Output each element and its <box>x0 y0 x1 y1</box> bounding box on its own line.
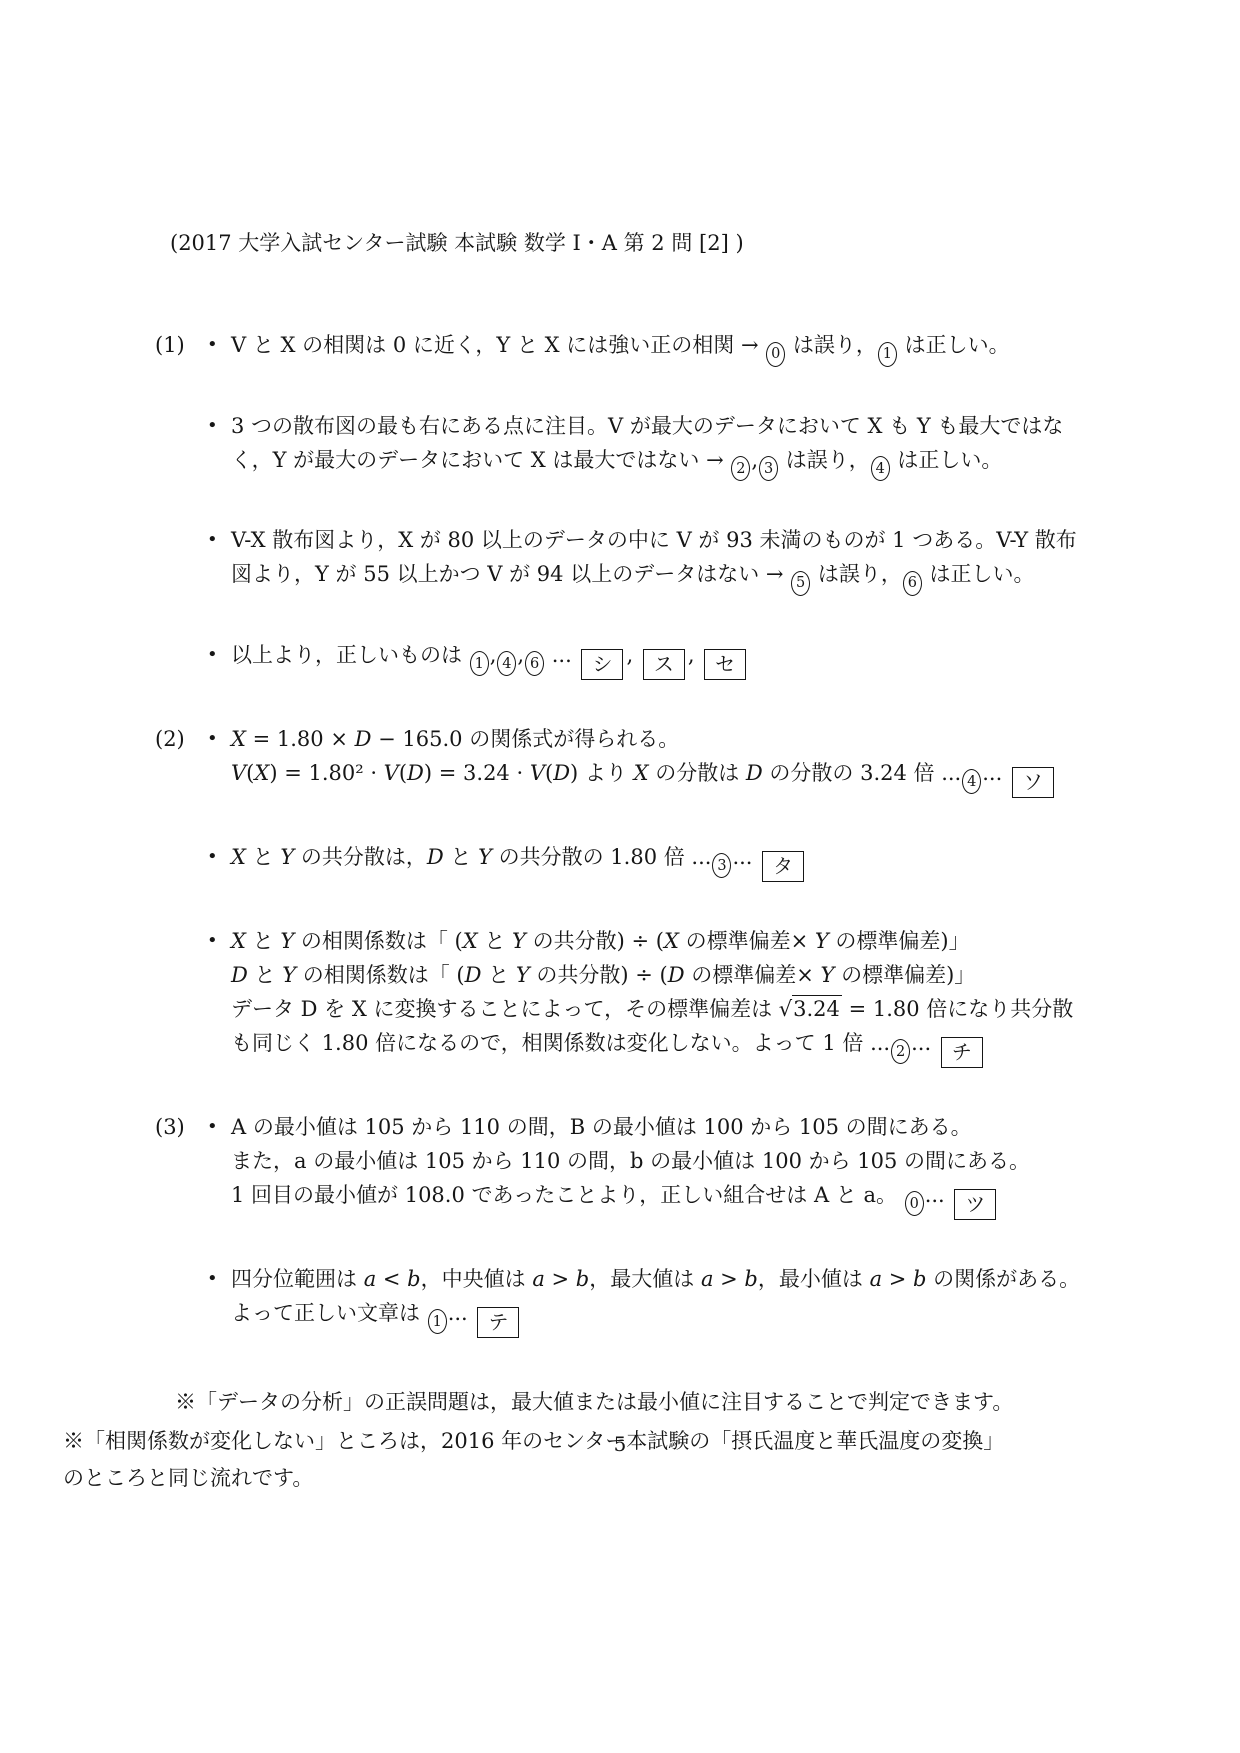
bullet-marker: • <box>207 328 231 367</box>
text-run: , <box>490 643 497 667</box>
bullet-marker: • <box>207 1262 231 1338</box>
text-run: の分散は <box>649 761 746 785</box>
math-run: b <box>576 1267 589 1291</box>
text-run: の共分散) ÷ ( <box>530 963 668 987</box>
bullet-item: • A の最小値は 105 から 110 の間，B の最小値は 100 から 1… <box>207 1110 1200 1220</box>
answer-box: ソ <box>1012 767 1054 798</box>
math-run: Y <box>280 845 294 869</box>
math-run: X <box>634 761 649 785</box>
document-title: (2017 大学入試センター試験 本試験 数学 I・A 第 2 問 [2] ) <box>170 228 1200 258</box>
circled-number: 6 <box>903 571 922 596</box>
circled-number: 6 <box>525 651 544 676</box>
text-run: と <box>444 845 478 869</box>
text-line: A の最小値は 105 から 110 の間，B の最小値は 100 から 105… <box>231 1110 1200 1144</box>
text-run: の共分散の 1.80 倍 ... <box>492 845 711 869</box>
math-run: X <box>231 929 246 953</box>
math-run: X <box>231 845 246 869</box>
math-run: Y <box>282 963 296 987</box>
text-run: よって正しい文章は <box>231 1301 427 1325</box>
section-label: (1) <box>155 328 207 722</box>
text-run: > <box>713 1267 744 1291</box>
math-run: X <box>231 727 246 751</box>
answer-box: ツ <box>954 1189 996 1220</box>
text-line: V-X 散布図より，X が 80 以上のデータの中に V が 93 未満のものが… <box>231 523 1200 557</box>
text-line: 3 つの散布図の最も右にある点に注目。V が最大のデータにおいて X も Y も… <box>231 409 1200 443</box>
text-run: V と X の相関は 0 に近く，Y と X には強い正の相関 → <box>231 333 765 357</box>
math-run: X <box>664 929 679 953</box>
circled-number: 4 <box>497 651 516 676</box>
bullet-marker: • <box>207 409 231 482</box>
text-line: データ D を X に変換することによって，その標準偏差は √3.24 = 1.… <box>231 992 1200 1026</box>
text-run: の分散の 3.24 倍 ... <box>763 761 962 785</box>
text-run: ) = 3.24 · <box>424 761 530 785</box>
text-line: 1 回目の最小値が 108.0 であったことより，正しい組合せは A と a。 … <box>231 1178 1200 1220</box>
text-run: は正しい。 <box>923 562 1035 586</box>
text-run: の相関係数は「 ( <box>294 929 463 953</box>
text-run: 四分位範囲は <box>231 1267 364 1291</box>
text-run: = 1.80 倍になり共分散 <box>842 997 1073 1021</box>
text-run: 3 つの散布図の最も右にある点に注目。V が最大のデータにおいて X も Y も… <box>231 414 1063 438</box>
sqrt-radical: √3.24 <box>779 995 842 1021</box>
text-run: の関係がある。 <box>927 1267 1081 1291</box>
bullet-lines: X と Y の相関係数は「 (X と Y の共分散) ÷ (X の標準偏差× Y… <box>231 924 1200 1068</box>
text-run: , <box>751 448 758 472</box>
text-run: ( <box>545 761 553 785</box>
math-run: b <box>913 1267 926 1291</box>
bullet-lines: 四分位範囲は a < b，中央値は a > b，最大値は a > b，最小値は … <box>231 1262 1200 1338</box>
text-line: 四分位範囲は a < b，中央値は a > b，最大値は a > b，最小値は … <box>231 1262 1200 1296</box>
text-run: の標準偏差× <box>685 963 821 987</box>
text-run: は正しい。 <box>891 448 1003 472</box>
math-run: D <box>355 727 372 751</box>
text-run: ) = 1.80² · <box>269 761 383 785</box>
section-3: (3) • A の最小値は 105 から 110 の間，B の最小値は 100 … <box>155 1110 1200 1380</box>
section-label: (2) <box>155 722 207 1110</box>
text-run: と <box>248 963 282 987</box>
text-run: の共分散) ÷ ( <box>526 929 664 953</box>
math-run: D <box>427 845 444 869</box>
text-run: の共分散は， <box>294 845 427 869</box>
circled-number: 0 <box>905 1191 924 1216</box>
circled-number: 4 <box>871 456 890 481</box>
text-run: ，最大値は <box>589 1267 701 1291</box>
text-run: ( <box>399 761 407 785</box>
text-run: は誤り， <box>811 562 902 586</box>
math-run: V <box>384 761 399 785</box>
text-run: 以上より，正しいものは <box>231 643 469 667</box>
text-run: > <box>545 1267 576 1291</box>
circled-number: 3 <box>712 853 731 878</box>
bullet-item: • 以上より，正しいものは 1,4,6 ... シ, ス, セ <box>207 638 1200 680</box>
text-line: V(X) = 1.80² · V(D) = 3.24 · V(D) より X の… <box>231 756 1200 798</box>
text-run: ，中央値は <box>421 1267 533 1291</box>
math-run: X <box>463 929 478 953</box>
math-run: a <box>364 1267 377 1291</box>
circled-number: 5 <box>791 571 810 596</box>
text-run: は正しい。 <box>898 333 1010 357</box>
text-run: , <box>626 643 639 667</box>
circled-number: 1 <box>878 342 897 367</box>
bullet-marker: • <box>207 638 231 680</box>
text-line: 図より，Y が 55 以上かつ V が 94 以上のデータはない → 5 は誤り… <box>231 557 1200 596</box>
text-run: の相関係数は「 ( <box>296 963 465 987</box>
text-run: と <box>478 929 512 953</box>
section-1: (1) • V と X の相関は 0 に近く，Y と X には強い正の相関 → … <box>155 328 1200 722</box>
math-run: a <box>701 1267 714 1291</box>
answer-box: ス <box>643 649 685 680</box>
text-run: V-X 散布図より，X が 80 以上のデータの中に V が 93 未満のものが… <box>231 528 1077 552</box>
text-run: 1 回目の最小値が 108.0 であったことより，正しい組合せは A と a。 <box>231 1183 904 1207</box>
text-run: は誤り， <box>786 333 877 357</box>
math-run: Y <box>512 929 526 953</box>
text-run: と <box>246 845 280 869</box>
text-run: は誤り， <box>779 448 870 472</box>
bullet-item: • 3 つの散布図の最も右にある点に注目。V が最大のデータにおいて X も Y… <box>207 409 1200 482</box>
text-run: 図より，Y が 55 以上かつ V が 94 以上のデータはない → <box>231 562 790 586</box>
text-line: また，a の最小値は 105 から 110 の間，b の最小値は 100 から … <box>231 1144 1200 1178</box>
circled-number: 0 <box>766 342 785 367</box>
math-run: a <box>532 1267 545 1291</box>
math-run: Y <box>516 963 530 987</box>
bullet-lines: 3 つの散布図の最も右にある点に注目。V が最大のデータにおいて X も Y も… <box>231 409 1200 482</box>
circled-number: 4 <box>962 769 981 794</box>
math-run: D <box>553 761 570 785</box>
text-run: , <box>517 643 524 667</box>
text-run: A の最小値は 105 から 110 の間，B の最小値は 100 から 105… <box>231 1115 972 1139</box>
answer-box: タ <box>762 851 804 882</box>
text-line: も同じく 1.80 倍になるので，相関係数は変化しない。よって 1 倍 ...2… <box>231 1026 1200 1068</box>
math-run: b <box>744 1267 757 1291</box>
bullet-item: • V-X 散布図より，X が 80 以上のデータの中に V が 93 未満のも… <box>207 523 1200 596</box>
text-run: の標準偏差)」 <box>829 929 970 953</box>
math-run: D <box>668 963 685 987</box>
document-page: (2017 大学入試センター試験 本試験 数学 I・A 第 2 問 [2] ) … <box>0 0 1240 1753</box>
math-run: Y <box>815 929 829 953</box>
section-label: (3) <box>155 1110 207 1380</box>
math-run: D <box>231 963 248 987</box>
bullet-list: • X = 1.80 × D − 165.0 の関係式が得られる。 V(X) =… <box>207 722 1200 1110</box>
answer-box: シ <box>581 649 623 680</box>
text-run: ... <box>448 1301 475 1325</box>
bullet-item: • X と Y の相関係数は「 (X と Y の共分散) ÷ (X の標準偏差×… <box>207 924 1200 1068</box>
math-run: b <box>407 1267 420 1291</box>
circled-number: 2 <box>731 456 750 481</box>
bullet-item: • 四分位範囲は a < b，中央値は a > b，最大値は a > b，最小値… <box>207 1262 1200 1338</box>
text-line: よって正しい文章は 1... テ <box>231 1296 1200 1338</box>
bullet-lines: 以上より，正しいものは 1,4,6 ... シ, ス, セ <box>231 638 1200 680</box>
answer-box: チ <box>941 1037 983 1068</box>
text-run: と <box>481 963 515 987</box>
math-run: X <box>254 761 269 785</box>
text-run: − 165.0 の関係式が得られる。 <box>371 727 679 751</box>
bullet-list: • A の最小値は 105 から 110 の間，B の最小値は 100 から 1… <box>207 1110 1200 1380</box>
text-run: ... <box>732 845 759 869</box>
bullet-item: • X = 1.80 × D − 165.0 の関係式が得られる。 V(X) =… <box>207 722 1200 798</box>
text-run: の標準偏差)」 <box>834 963 975 987</box>
text-line: X と Y の共分散は，D と Y の共分散の 1.80 倍 ...3... タ <box>231 840 1200 882</box>
bullet-lines: A の最小値は 105 から 110 の間，B の最小値は 100 から 105… <box>231 1110 1200 1220</box>
math-run: D <box>407 761 424 785</box>
text-run: く，Y が最大のデータにおいて X は最大ではない → <box>231 448 730 472</box>
bullet-lines: V-X 散布図より，X が 80 以上のデータの中に V が 93 未満のものが… <box>231 523 1200 596</box>
text-run: と <box>246 929 280 953</box>
math-run: Y <box>478 845 492 869</box>
text-run: ... <box>982 761 1009 785</box>
radicand: 3.24 <box>792 995 842 1021</box>
bullet-lines: V と X の相関は 0 に近く，Y と X には強い正の相関 → 0 は誤り，… <box>231 328 1200 367</box>
note-data-analysis: ※「データの分析」の正誤問題は，最大値または最小値に注目することで判定できます。 <box>175 1384 1200 1421</box>
text-run: , <box>688 643 701 667</box>
bullet-lines: X = 1.80 × D − 165.0 の関係式が得られる。 V(X) = 1… <box>231 722 1200 798</box>
bullet-item: • V と X の相関は 0 に近く，Y と X には強い正の相関 → 0 は誤… <box>207 328 1200 367</box>
text-run: ... <box>545 643 578 667</box>
text-run: > <box>882 1267 913 1291</box>
text-run: < <box>376 1267 407 1291</box>
section-2: (2) • X = 1.80 × D − 165.0 の関係式が得られる。 V(… <box>155 722 1200 1110</box>
text-run: ，最小値は <box>758 1267 870 1291</box>
circled-number: 1 <box>470 651 489 676</box>
math-run: Y <box>821 963 835 987</box>
text-run: データ D を X に変換することによって，その標準偏差は <box>231 997 779 1021</box>
bullet-marker: • <box>207 924 231 1068</box>
text-run: も同じく 1.80 倍になるので，相関係数は変化しない。よって 1 倍 ... <box>231 1031 890 1055</box>
note-line: のところと同じ流れです。 <box>63 1460 1200 1497</box>
bullet-marker: • <box>207 840 231 882</box>
bullet-item: • X と Y の共分散は，D と Y の共分散の 1.80 倍 ...3...… <box>207 840 1200 882</box>
text-line: 以上より，正しいものは 1,4,6 ... シ, ス, セ <box>231 638 1200 680</box>
math-run: D <box>465 963 482 987</box>
text-line: く，Y が最大のデータにおいて X は最大ではない → 2,3 は誤り，4 は正… <box>231 443 1200 482</box>
text-line: V と X の相関は 0 に近く，Y と X には強い正の相関 → 0 は誤り，… <box>231 328 1200 367</box>
text-run: また，a の最小値は 105 から 110 の間，b の最小値は 100 から … <box>231 1149 1030 1173</box>
bullet-list: • V と X の相関は 0 に近く，Y と X には強い正の相関 → 0 は誤… <box>207 328 1200 722</box>
math-run: V <box>530 761 545 785</box>
text-line: X と Y の相関係数は「 (X と Y の共分散) ÷ (X の標準偏差× Y… <box>231 924 1200 958</box>
bullet-marker: • <box>207 722 231 798</box>
circled-number: 2 <box>891 1039 910 1064</box>
bullet-marker: • <box>207 1110 231 1220</box>
text-run: ) より <box>570 761 634 785</box>
text-line: X = 1.80 × D − 165.0 の関係式が得られる。 <box>231 722 1200 756</box>
answer-box: セ <box>704 649 746 680</box>
answer-box: テ <box>477 1307 519 1338</box>
math-run: D <box>746 761 763 785</box>
math-run: V <box>231 761 246 785</box>
math-run: a <box>870 1267 883 1291</box>
text-run: = 1.80 × <box>246 727 355 751</box>
bullet-marker: • <box>207 523 231 596</box>
text-run: の標準偏差× <box>679 929 815 953</box>
text-run: ... <box>911 1031 938 1055</box>
circled-number: 1 <box>428 1309 447 1334</box>
circled-number: 3 <box>759 456 778 481</box>
text-run: ... <box>925 1183 952 1207</box>
math-run: Y <box>280 929 294 953</box>
bullet-lines: X と Y の共分散は，D と Y の共分散の 1.80 倍 ...3... タ <box>231 840 1200 882</box>
text-line: D と Y の相関係数は「 (D と Y の共分散) ÷ (D の標準偏差× Y… <box>231 958 1200 992</box>
page-number: 5 <box>0 1432 1240 1456</box>
